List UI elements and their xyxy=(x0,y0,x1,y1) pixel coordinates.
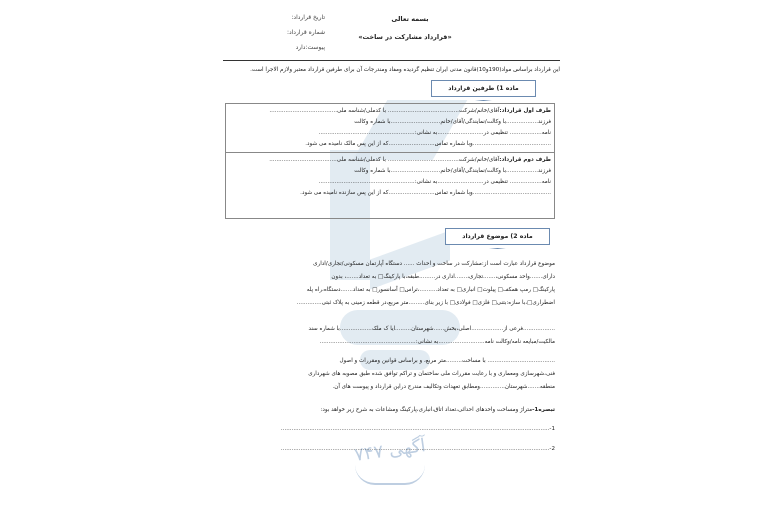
party1-line4: ........................................… xyxy=(305,141,551,147)
party1-line2: فرزند..................با وکالت/نمایندگی… xyxy=(354,119,551,125)
article1-title: ماده 1) طرفین قرارداد xyxy=(431,80,536,97)
contract-number-label: شماره قرارداد: xyxy=(255,29,325,36)
para1-line: اضطراری□،با سازه:بتنی□ فلزی□ فولادی□ با … xyxy=(225,297,555,310)
contract-page: آگهی ۷۴۷ بسمه تعالی «قرارداد مشارکت در س… xyxy=(220,0,560,510)
list-item-2: 2-......................................… xyxy=(225,446,555,452)
party1-label: طرف اول قرارداد: xyxy=(499,108,551,114)
para3-line: فنی،شهرسازی ومعماری و با رعایت مقررات مل… xyxy=(225,368,555,381)
para1-line: موضوع قرارداد عبارت است از:مشارکت در ساخ… xyxy=(225,258,555,271)
note-label: تبصره1- xyxy=(532,407,555,413)
article2-para1: موضوع قرارداد عبارت است از:مشارکت در ساخ… xyxy=(225,258,555,310)
para1-line: دارای.......واحد مسکونی،.......تجاری،...… xyxy=(225,271,555,284)
party1-line3: نامه.................. تنظیمی در........… xyxy=(319,130,551,136)
party2-line3: نامه.................. تنظیمی در........… xyxy=(319,179,551,185)
article2-para3: ...................................... ب… xyxy=(225,355,555,394)
para3-line: منطقه.......شهرستان..............ومطابق … xyxy=(225,381,555,394)
note-1: تبصره1-متراژ ومساحت واحدهای احداثی،تعداد… xyxy=(225,404,555,417)
party2-line4: ........................................… xyxy=(300,190,551,196)
parties-box: طرف اول قرارداد:آقای/خانم/شرکت..........… xyxy=(225,103,555,219)
contract-title: «قرارداد مشارکت در ساخت» xyxy=(330,33,480,41)
note-text: متراژ ومساحت واحدهای احداثی،تعداد اتاق،ا… xyxy=(321,407,533,413)
party2-line1: آقای/خانم/شرکت..........................… xyxy=(269,157,499,163)
party2-label: طرف دوم قرارداد: xyxy=(499,157,551,163)
list-item-1: 1-......................................… xyxy=(225,426,555,432)
para3-line: ...................................... ب… xyxy=(225,355,555,368)
attachment-label: پیوست:دارد xyxy=(255,44,325,51)
party2-line2: فرزند..................با وکالت/نمایندگی… xyxy=(354,168,551,174)
intro-text: این قرارداد براساس مواد(190و10)قانون مدن… xyxy=(220,67,560,73)
party-first: طرف اول قرارداد:آقای/خانم/شرکت..........… xyxy=(226,104,554,152)
article2-para2: ..................فرعی از...............… xyxy=(225,323,555,349)
watermark: آگهی ۷۴۷ xyxy=(220,0,560,510)
watermark-boat-icon xyxy=(355,465,425,485)
article2-title: ماده 2) موضوع قرارداد xyxy=(445,228,550,245)
para2-line: مالکیت/مبایعه نامه/وکالت نامه...........… xyxy=(225,336,555,349)
party-second: طرف دوم قرارداد:آقای/خانم/شرکت..........… xyxy=(226,152,554,201)
bismillah: بسمه تعالی xyxy=(340,15,480,23)
party1-line1: آقای/خانم/شرکت..........................… xyxy=(269,108,499,114)
para1-line: پارکینگ□ رمپ همکف□ پیلوت□ انباری□ به تعد… xyxy=(225,284,555,297)
para2-line: ..................فرعی از...............… xyxy=(225,323,555,336)
header-divider xyxy=(223,60,560,61)
contract-date-label: تاریخ قرارداد: xyxy=(255,14,325,21)
